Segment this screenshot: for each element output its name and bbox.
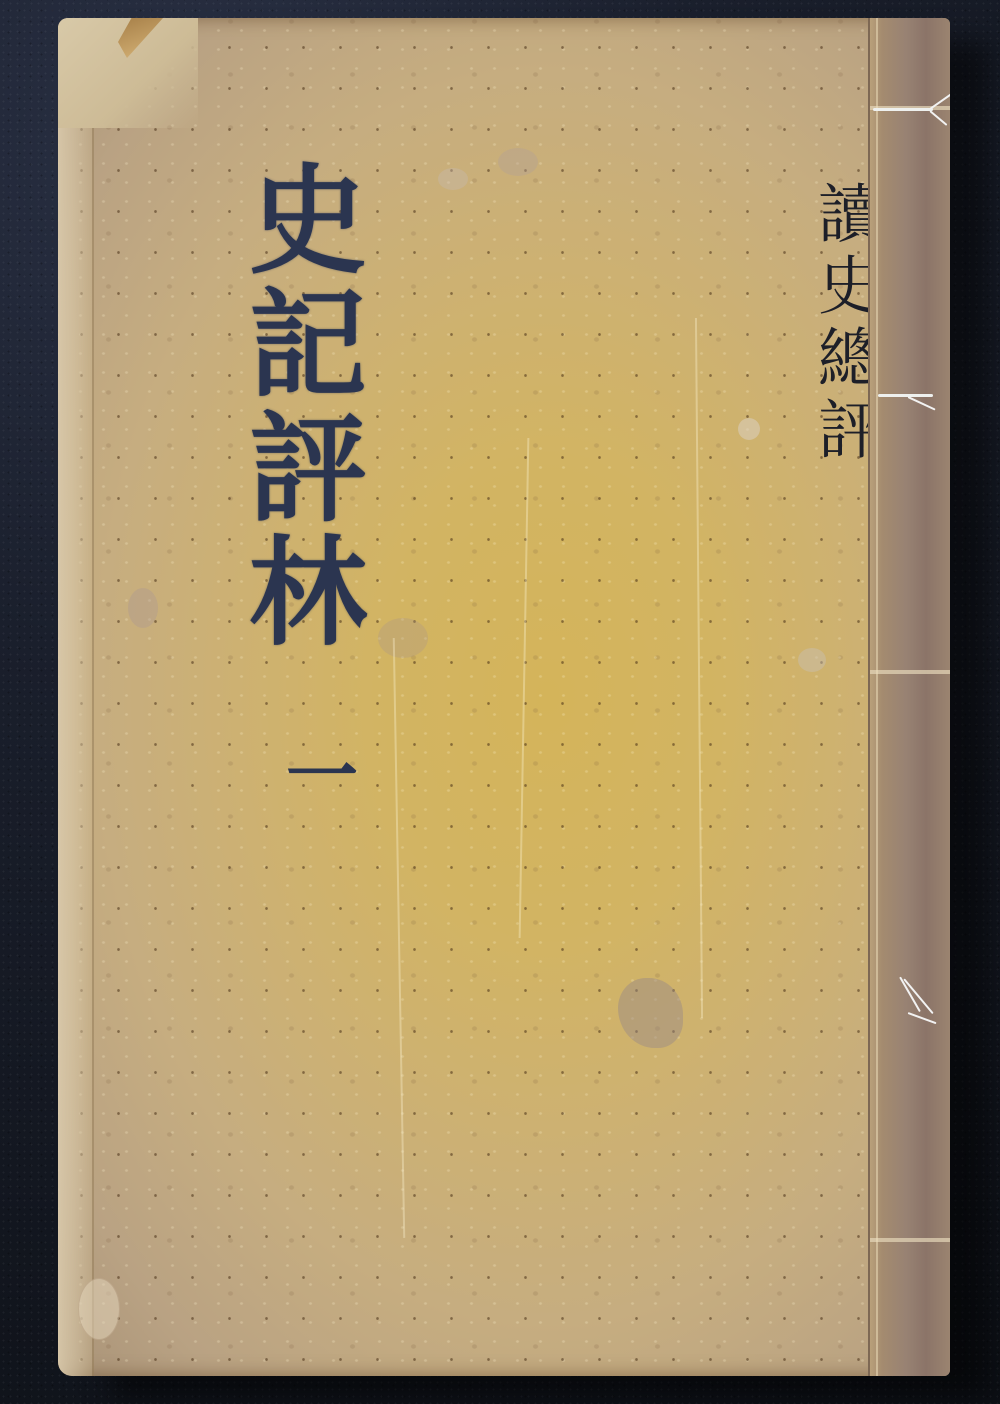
- stain-spot: [78, 1278, 120, 1340]
- spine-fold-line: [876, 18, 878, 1376]
- stain-spot: [128, 588, 158, 628]
- cover-left-edge: [58, 18, 94, 1376]
- book-title: 史記評林: [223, 158, 373, 654]
- stain-spot: [438, 168, 468, 190]
- spine-segment-line: [870, 670, 950, 674]
- cover-fold-line: [92, 18, 94, 1376]
- stain-spot: [378, 618, 428, 658]
- stain-spot: [738, 418, 760, 440]
- book-cover: 史記評林 一 讀史總評 共三十三: [58, 18, 950, 1376]
- book-spine: [868, 18, 950, 1376]
- binding-thread: [873, 108, 933, 111]
- spine-segment-line: [870, 1238, 950, 1242]
- stain-spot: [798, 648, 826, 672]
- volume-number: 一: [286, 718, 356, 822]
- binding-thread: [878, 394, 933, 397]
- stain-spot: [498, 148, 538, 176]
